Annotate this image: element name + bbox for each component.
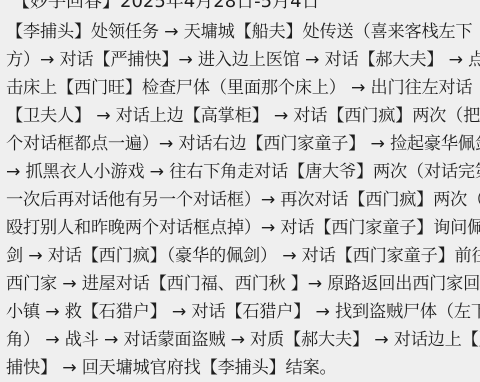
text-line: → 抓黑衣人小游戏 → 往右下角走对话【唐大爷】两次（对话完第: [6, 158, 474, 186]
document-title: 【妙手回春】2025年4月28日-5月4日: [12, 0, 474, 16]
text-line: 方）→ 对话【严捕快】→ 进入边上医馆 → 对话【郝大夫】 → 点: [6, 46, 474, 74]
text-line: 殴打别人和昨晚两个对话框点掉）→ 对话【西门家童子】询问佩: [6, 214, 474, 242]
text-line: 一次后再对话他有另一个对话框）→ 再次对话【西门疯】两次（把: [6, 186, 474, 214]
text-line: 击床上【西门旺】检查尸体（里面那个床上） → 出门往左对话: [6, 74, 474, 102]
text-line: 小镇 → 救【石猎户】 → 对话【石猎户】 → 找到盗贼尸体（左下: [6, 298, 474, 326]
text-line: 角） → 战斗 → 对话蒙面盗贼 → 对质【郝大夫】 → 对话边上【严: [6, 326, 474, 354]
guide-document: 【妙手回春】2025年4月28日-5月4日 【李捕头】处领任务 → 天墉城【船夫…: [6, 0, 474, 382]
text-line: 【李捕头】处领任务 → 天墉城【船夫】处传送（喜来客栈左下: [6, 18, 474, 46]
text-line: 【卫夫人】 → 对话上边【高掌柜】 → 对话【西门疯】两次（把两: [6, 102, 474, 130]
text-line: 西门家 → 进屋对话【西门福、西门秋 】→ 原路返回出西门家回到: [6, 270, 474, 298]
text-line: 剑 → 对话【西门疯】（豪华的佩剑） → 对话【西门家童子】前往: [6, 242, 474, 270]
text-line: 捕快】 → 回天墉城官府找【李捕头】结案。: [6, 354, 474, 382]
text-line: 个对话框都点一遍）→ 对话右边【西门家童子】 → 捡起豪华佩剑: [6, 130, 474, 158]
